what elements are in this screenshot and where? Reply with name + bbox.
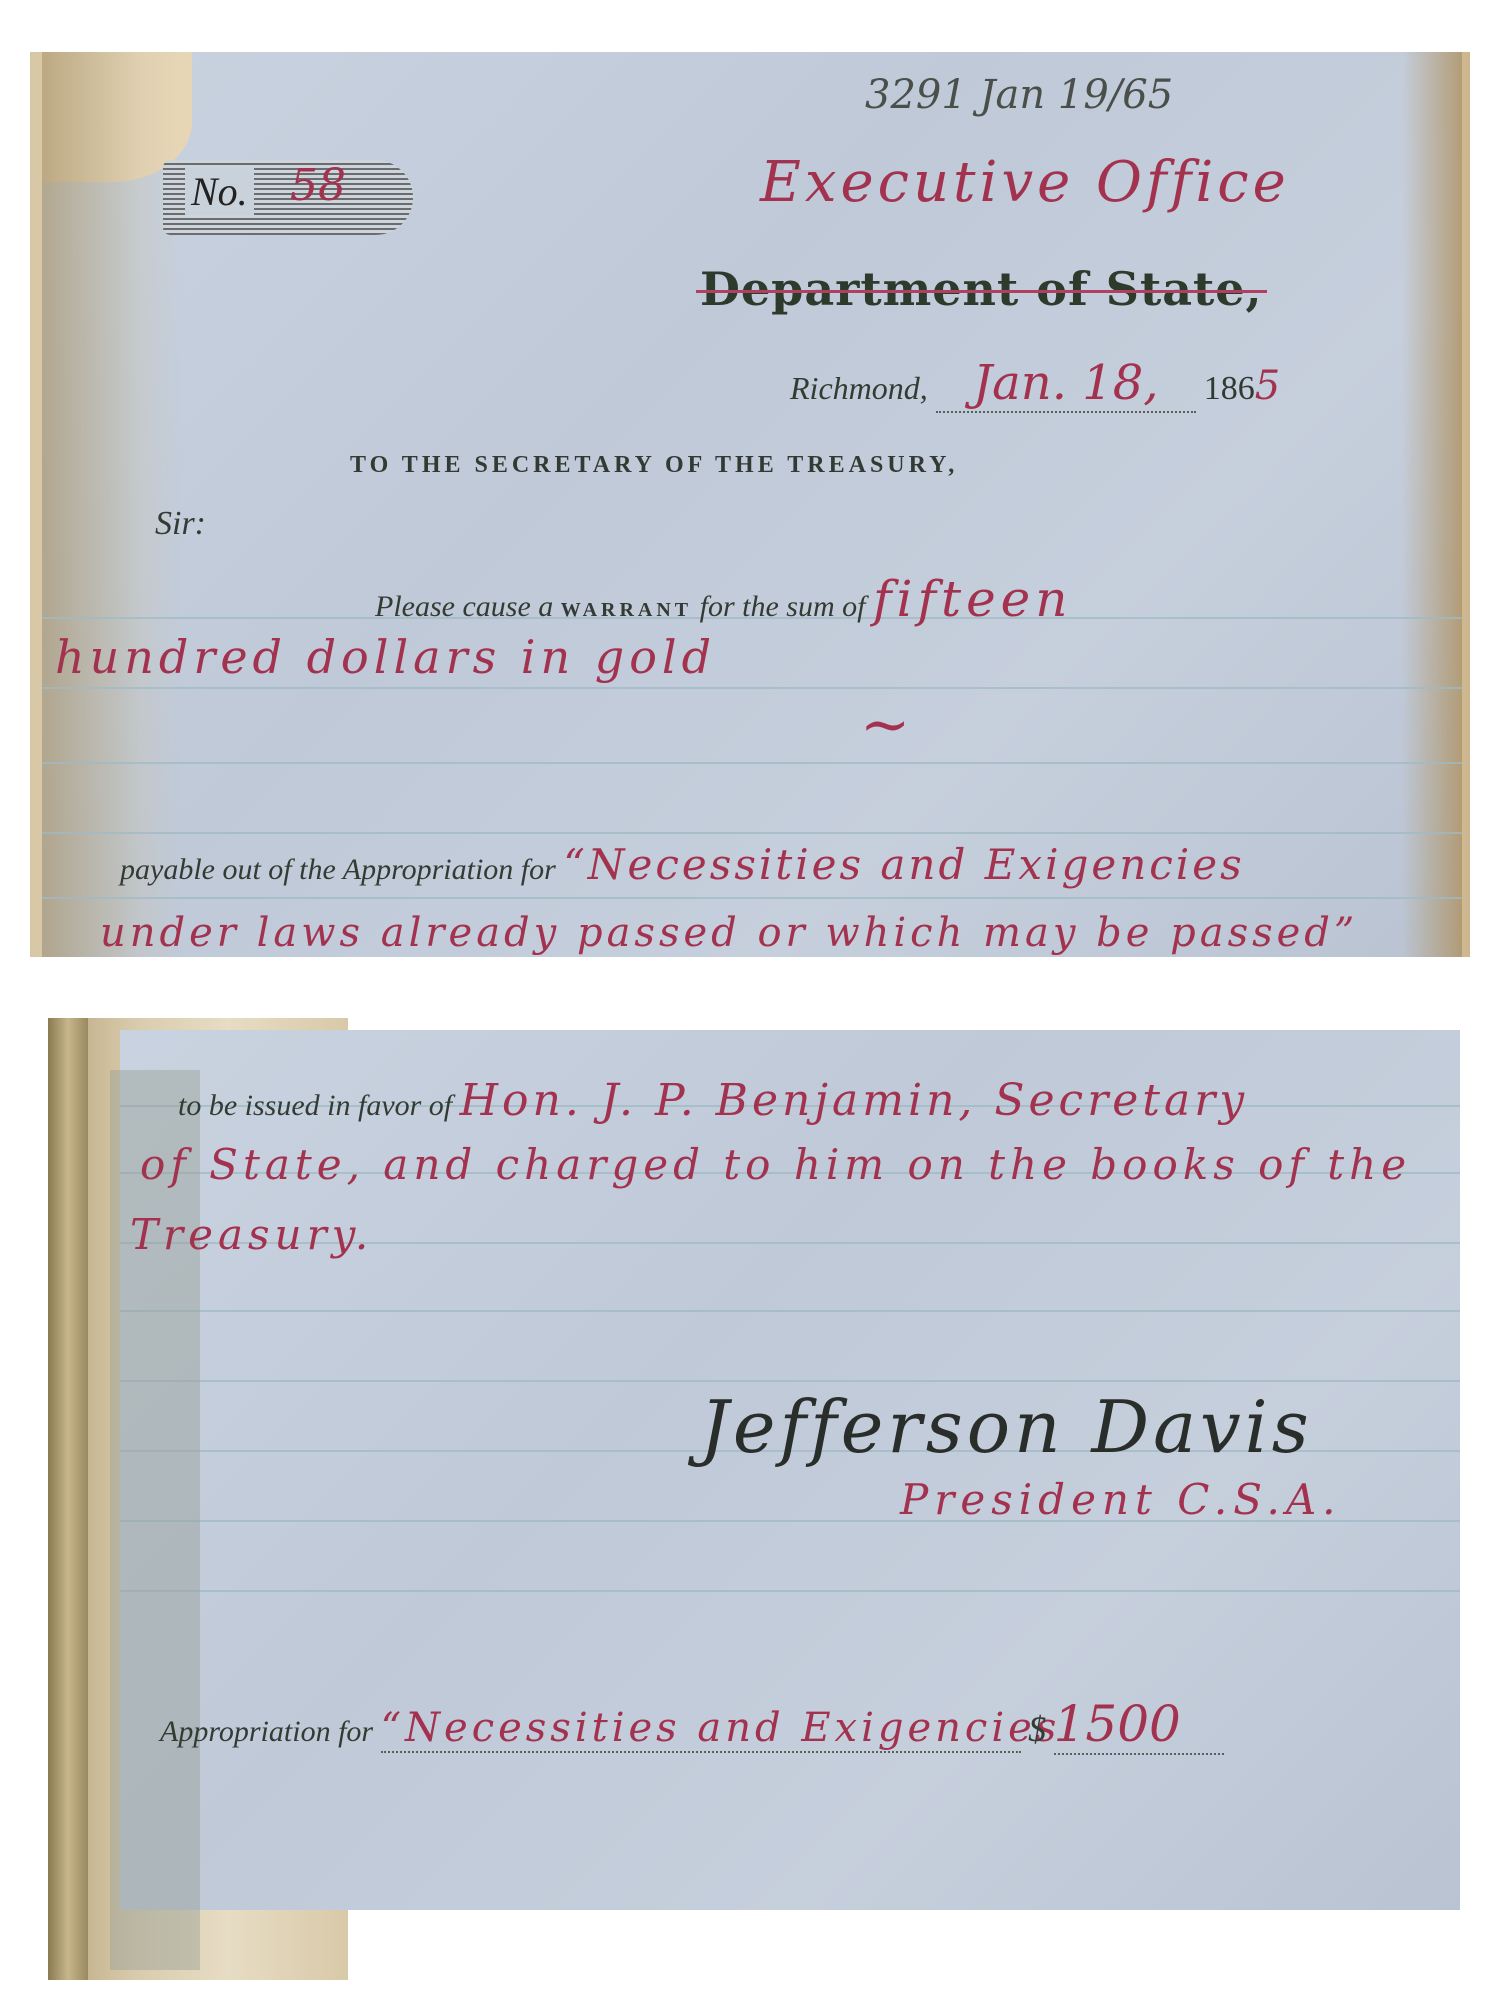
date-field: Jan. 18, (936, 355, 1196, 413)
tape-strip (110, 1070, 200, 1970)
flourish-mark: ~ (860, 690, 910, 760)
favor-line: to be issued in favor of Hon. J. P. Benj… (178, 1075, 1248, 1126)
filing-note: 3291 Jan 19/65 (865, 72, 1173, 118)
dollar-sign: $ (1028, 1709, 1046, 1749)
printed-text: to be issued in favor of (178, 1089, 452, 1122)
warrant-label: WARRANT (561, 599, 692, 621)
office-handwritten: Executive Office (760, 150, 1290, 215)
place-label: Richmond, (790, 370, 928, 406)
sum-handwritten: fifteen (873, 570, 1072, 628)
appropriation-handwritten-continued: under laws already passed or which may b… (100, 910, 1358, 956)
ruled-line (120, 1310, 1460, 1312)
ruled-line (42, 897, 1462, 899)
appropriation-handwritten: “Necessities and Exigencies (381, 1705, 1061, 1751)
document-number: 58 (290, 160, 346, 211)
date-handwritten: Jan. 18, (973, 355, 1159, 411)
date-line: Richmond, Jan. 18, 1865 (790, 355, 1280, 413)
ruled-line (120, 1590, 1460, 1592)
payee-handwritten-end: Treasury. (130, 1210, 373, 1259)
amount-handwritten: 1500 (1054, 1695, 1181, 1753)
warrant-line: Please cause a WARRANT for the sum of fi… (375, 570, 1072, 628)
year-printed: 186 (1204, 370, 1255, 407)
appropriation-line: payable out of the Appropriation for “Ne… (120, 840, 1245, 889)
salutation: Sir: (155, 505, 206, 543)
year-handwritten: 5 (1255, 363, 1280, 409)
signature: Jefferson Davis (700, 1385, 1313, 1469)
addressee: TO THE SECRETARY OF THE TREASURY, (350, 452, 958, 479)
payee-handwritten: Hon. J. P. Benjamin, Secretary (460, 1075, 1248, 1126)
ruled-line (42, 832, 1462, 834)
printed-text: Please cause a (375, 590, 553, 623)
amount-field: 1500 (1054, 1695, 1224, 1755)
sum-handwritten-continued: hundred dollars in gold (55, 630, 716, 684)
signature-title-handwritten: President C.S.A. (900, 1475, 1342, 1524)
printed-text: Appropriation for (160, 1715, 373, 1748)
appropriation-field: “Necessities and Exigencies (381, 1705, 1021, 1753)
ruled-line (42, 762, 1462, 764)
appropriation-handwritten: “Necessities and Exigencies (563, 840, 1244, 889)
printed-text: payable out of the Appropriation for (120, 853, 556, 886)
number-label: No. (185, 168, 254, 215)
printed-text: for the sum of (700, 590, 866, 623)
ruled-line (120, 1380, 1460, 1382)
edge-stain (1402, 52, 1462, 957)
binding-strip (48, 1018, 88, 1980)
department-heading: Department of State, (700, 262, 1263, 316)
payee-handwritten-continued: of State, and charged to him on the book… (140, 1140, 1411, 1189)
ruled-line (42, 687, 1462, 689)
appropriation-summary-line: Appropriation for “Necessities and Exige… (160, 1695, 1224, 1755)
